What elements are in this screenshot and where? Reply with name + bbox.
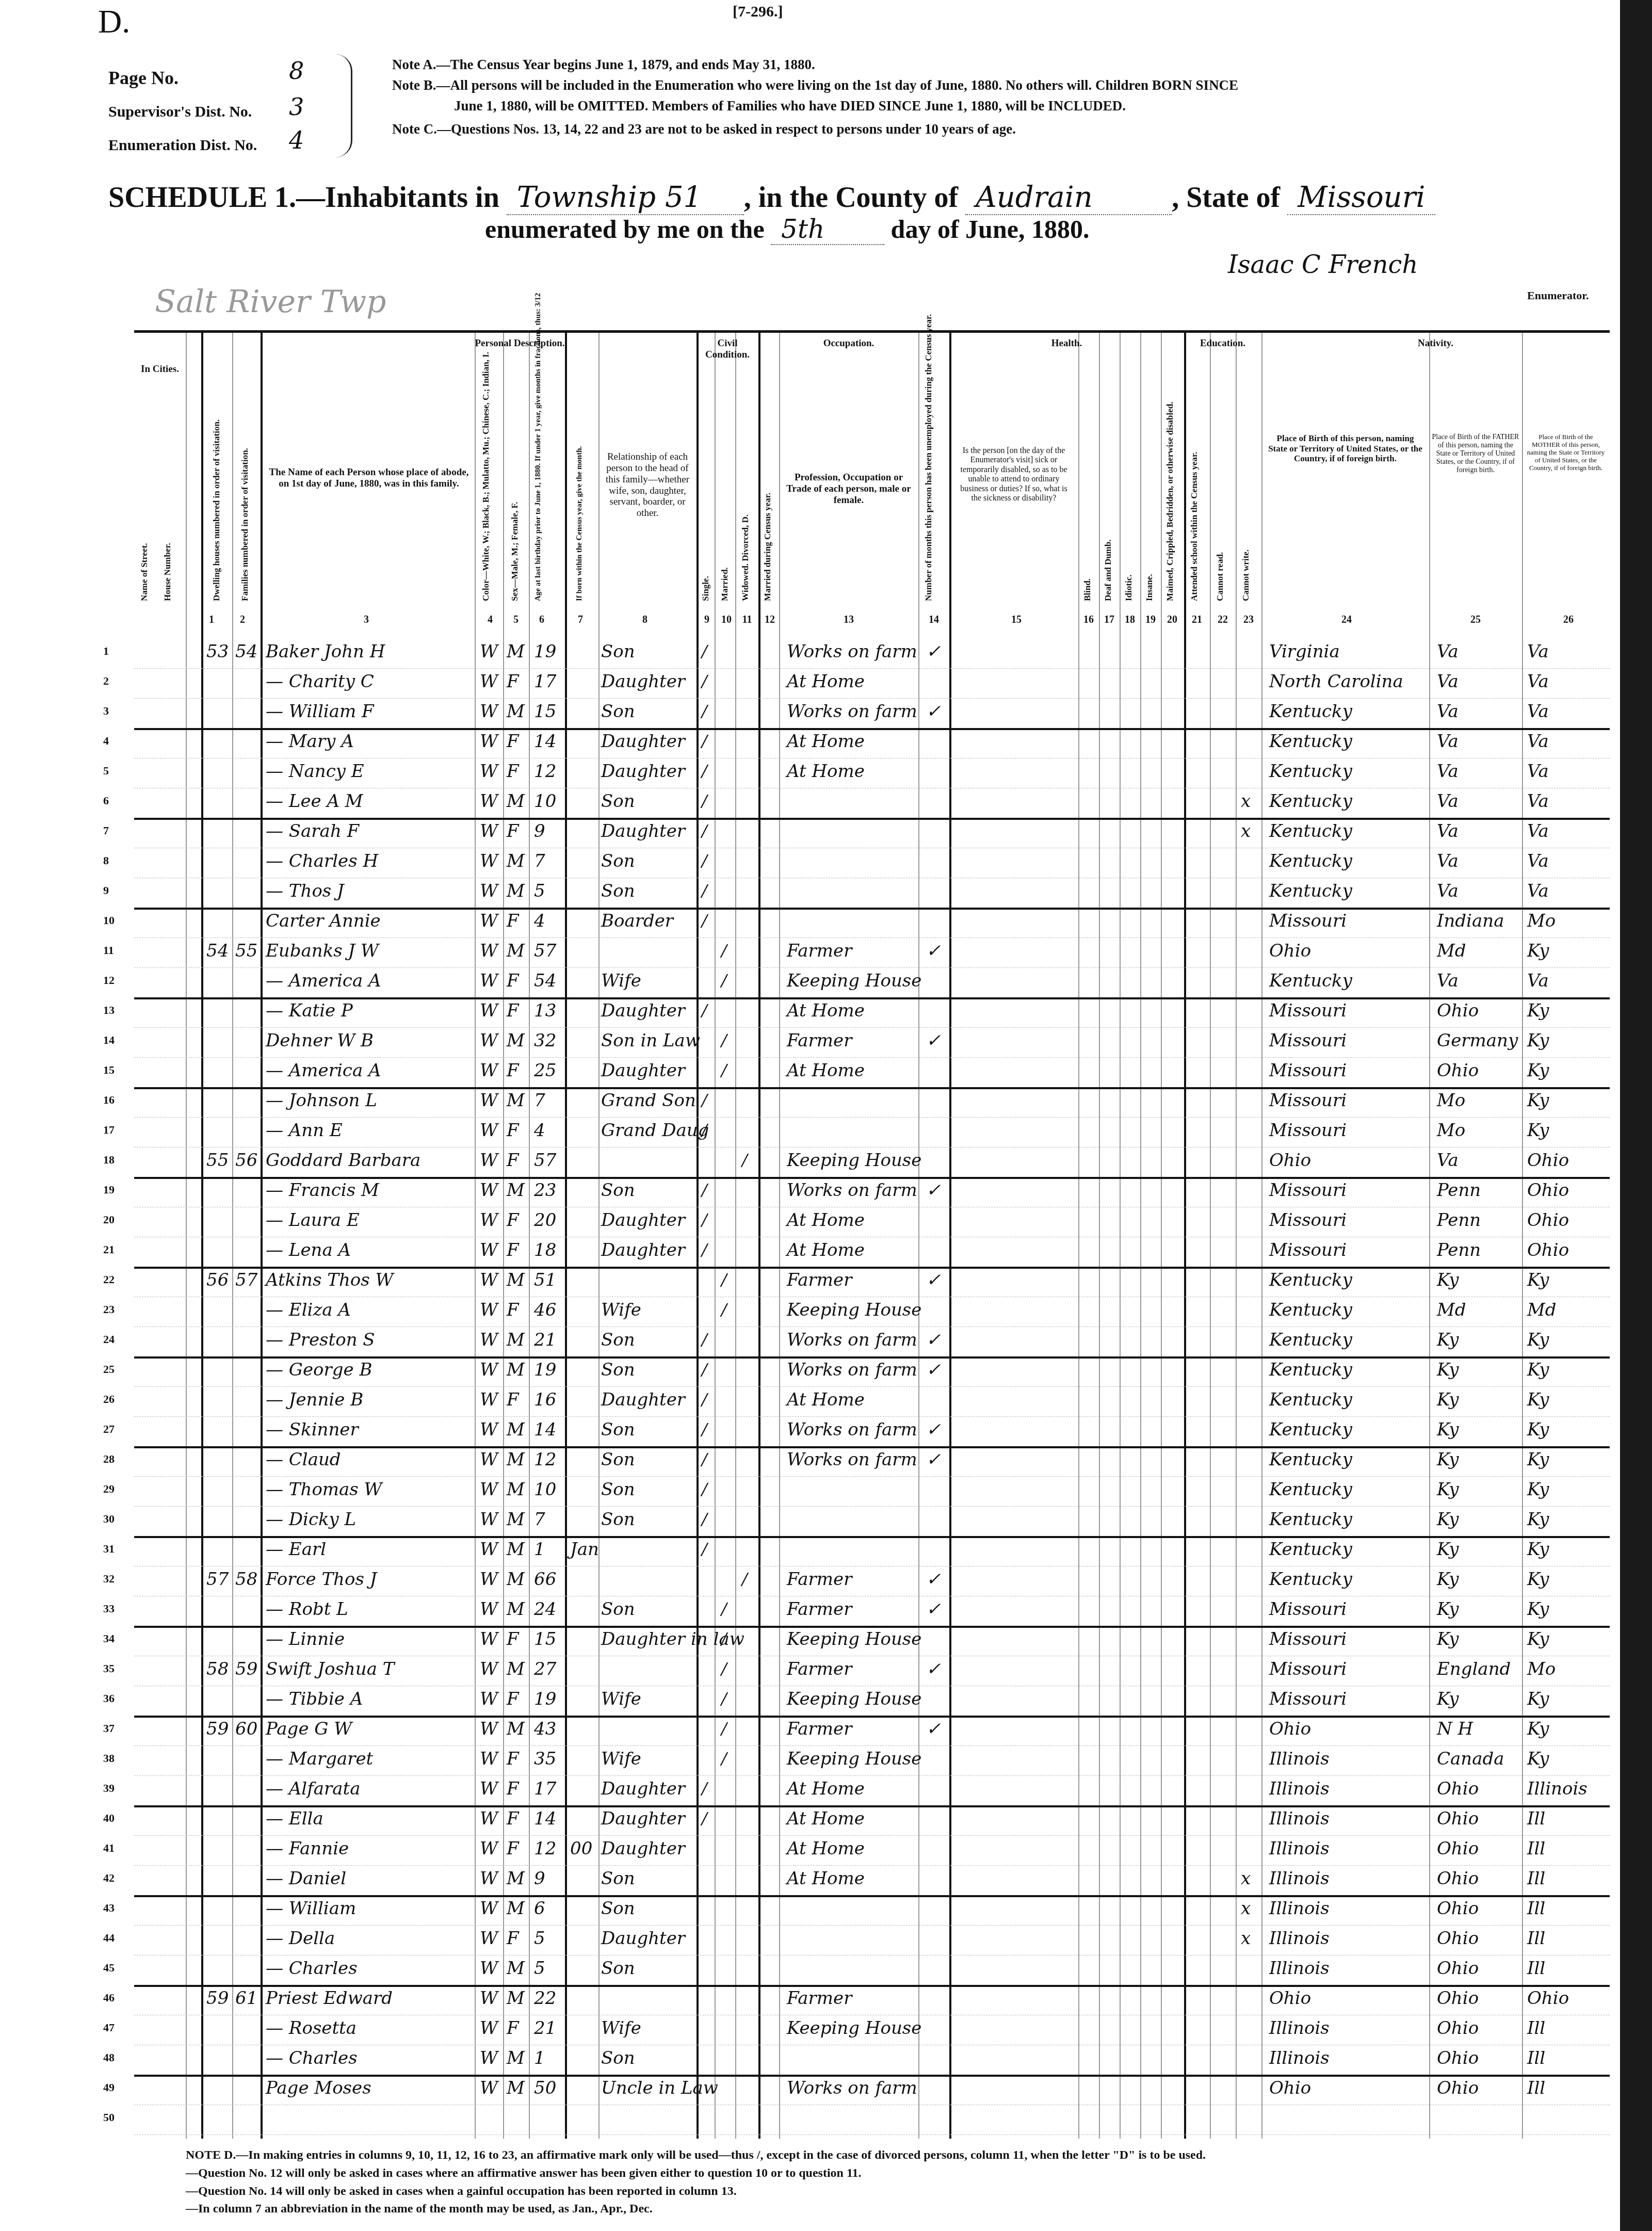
age-value: 50 <box>534 2078 556 2098</box>
birthplace-value: Ohio <box>1269 941 1311 961</box>
age-value: 17 <box>534 671 556 692</box>
sex-value: M <box>507 1599 525 1620</box>
table-row: 13— Katie PWF13DaughterAt HomeMissouriOh… <box>134 996 1610 1028</box>
unemployed-mark: ✓ <box>926 1599 941 1620</box>
mother-birthplace-value: Illinois <box>1527 1779 1588 1799</box>
age-value: 43 <box>534 1719 556 1739</box>
table-row: 3— William FWM15SonWorks on farm✓Kentuck… <box>134 697 1610 730</box>
color-value: W <box>480 1060 498 1081</box>
birthplace-value: North Carolina <box>1269 671 1403 692</box>
color-value: W <box>480 671 498 692</box>
table-row: 17— Ann EWF4Grand DaugMissouriMoKy17/ <box>134 1116 1610 1147</box>
county-label: , in the County of <box>744 182 958 214</box>
table-row: 36— Tibbie AWF19WifeKeeping HouseMissour… <box>134 1685 1610 1718</box>
occupation-value: Works on farm <box>787 2078 917 2098</box>
birthplace-value: Missouri <box>1269 911 1347 931</box>
relationship-value: Daughter <box>601 821 685 842</box>
occupation-value: At Home <box>787 1838 865 1859</box>
birthplace-value: Kentucky <box>1269 881 1352 901</box>
color-value: W <box>480 1389 498 1410</box>
page-number-value: 8 <box>289 57 304 85</box>
sex-value: F <box>507 1749 519 1769</box>
line-number: 20 <box>103 1213 115 1226</box>
age-value: 27 <box>534 1659 556 1679</box>
age-value: 5 <box>534 1928 545 1949</box>
sex-value: M <box>507 1958 525 1979</box>
mother-birthplace-value: Ohio <box>1527 1150 1569 1171</box>
person-name: Goddard Barbara <box>266 1150 420 1171</box>
birthplace-value: Missouri <box>1269 1180 1347 1201</box>
father-birthplace-value: Va <box>1437 701 1459 722</box>
father-birthplace-value: Ohio <box>1437 1000 1479 1021</box>
footnote-col7: —In column 7 an abbreviation in the name… <box>186 2200 1206 2218</box>
column-number: 25 <box>1465 614 1486 626</box>
unemployed-mark: ✓ <box>926 941 941 961</box>
father-birthplace-value: Ky <box>1437 1569 1459 1590</box>
mother-birthplace-value: Ill <box>1527 2078 1545 2098</box>
occupation-value: Works on farm <box>787 1360 917 1380</box>
family-number: 59 <box>235 1659 257 1679</box>
line-number: 3 <box>103 704 109 718</box>
birth-month-header: If born within the Census year, give the… <box>575 379 584 601</box>
relationship-value: Son <box>601 641 635 662</box>
age-value: 21 <box>534 2018 556 2039</box>
civil-condition-mark: / <box>702 851 707 870</box>
civil-condition-mark: / <box>702 881 707 900</box>
mother-birthplace-value: Ill <box>1527 2048 1545 2068</box>
color-value: W <box>480 1120 498 1141</box>
civil-condition-mark: / <box>721 971 727 990</box>
father-birthplace-value: Ohio <box>1437 1898 1479 1919</box>
color-value: W <box>480 1958 498 1979</box>
age-value: 6 <box>534 1898 545 1919</box>
civil-condition-mark: / <box>702 1240 707 1259</box>
sex-value: M <box>507 1449 525 1470</box>
color-value: W <box>480 641 498 662</box>
father-birthplace-value: Ky <box>1437 1689 1459 1709</box>
sickness-header: Is the person [on the day of the Enumera… <box>954 446 1073 503</box>
color-value: W <box>480 971 498 991</box>
line-number: 7 <box>103 824 109 837</box>
father-birthplace-value: Va <box>1437 851 1459 871</box>
age-value: 12 <box>534 761 556 782</box>
father-birthplace-value: Mo <box>1437 1090 1465 1111</box>
dwelling-number: 58 <box>206 1659 229 1679</box>
relationship-value: Son <box>601 881 635 901</box>
father-birthplace-value: Va <box>1437 1150 1459 1171</box>
age-value: 16 <box>534 1389 556 1410</box>
color-value: W <box>480 851 498 871</box>
column-number: 4 <box>480 614 500 626</box>
table-row: 10Carter AnnieWF4BoarderMissouriIndianaM… <box>134 907 1610 938</box>
age-value: 17 <box>534 1779 556 1799</box>
civil-condition-mark: / <box>702 911 707 930</box>
sex-value: M <box>507 1868 525 1889</box>
mother-birthplace-value: Ill <box>1527 1898 1545 1919</box>
mother-birthplace-value: Ky <box>1527 1389 1549 1410</box>
sex-value: M <box>507 701 525 722</box>
birthplace-value: Kentucky <box>1269 1509 1352 1530</box>
dwelling-header: Dwelling houses numbered in order of vis… <box>212 384 222 601</box>
relationship-value: Son in Law <box>601 1030 700 1051</box>
relationship-value: Uncle in Law <box>601 2078 718 2098</box>
line-number: 29 <box>103 1482 115 1496</box>
line-number: 45 <box>103 1961 115 1975</box>
table-row: 41— FannieWF1200DaughterAt HomeIllinoisO… <box>134 1834 1610 1866</box>
birth-month-value: Jan <box>570 1539 599 1560</box>
civil-condition-mark: / <box>702 1449 707 1469</box>
birthplace-value: Missouri <box>1269 1210 1347 1231</box>
father-birthplace-value: Ky <box>1437 1389 1459 1410</box>
occupation-value: At Home <box>787 761 865 782</box>
mother-birthplace-value: Ky <box>1527 1419 1549 1440</box>
widowed-header: Widowed. Divorced, D. <box>740 436 751 601</box>
mother-birthplace-value: Md <box>1527 1300 1557 1320</box>
father-birthplace-value: Ohio <box>1437 2018 1479 2039</box>
unemployed-mark: ✓ <box>926 1360 941 1380</box>
note-b-line2: June 1, 1880, will be OMITTED. Members o… <box>454 98 1126 114</box>
sex-value: M <box>507 851 525 871</box>
relationship-value: Son <box>601 1868 635 1889</box>
column-number: 7 <box>570 614 591 626</box>
line-number: 35 <box>103 1662 115 1675</box>
cannot-write-mark: x <box>1241 1928 1251 1949</box>
civil-condition-mark: / <box>721 1629 727 1648</box>
sex-value: F <box>507 731 519 752</box>
relationship-value: Grand Son <box>601 1090 696 1111</box>
age-header: Age at last birthday prior to June 1, 18… <box>534 379 543 601</box>
age-value: 54 <box>534 971 556 991</box>
line-number: 30 <box>103 1512 115 1526</box>
age-value: 15 <box>534 701 556 722</box>
birthplace-value: Missouri <box>1269 1090 1347 1111</box>
person-name: — Thos J <box>266 881 344 901</box>
enum-day-field: 5th <box>771 214 884 245</box>
sex-value: M <box>507 1569 525 1590</box>
mother-birthplace-value: Ohio <box>1527 1240 1569 1260</box>
age-value: 9 <box>534 1868 545 1889</box>
birthplace-value: Missouri <box>1269 1120 1347 1141</box>
father-birthplace-value: Md <box>1437 941 1466 961</box>
relationship-value: Son <box>601 1449 635 1470</box>
age-value: 4 <box>534 1120 545 1141</box>
color-value: W <box>480 1180 498 1201</box>
line-number: 10 <box>103 914 115 927</box>
father-birthplace-value: Ky <box>1437 1479 1459 1500</box>
deaf-dumb-header: Deaf and Dumb. <box>1103 488 1113 601</box>
line-number: 32 <box>103 1572 115 1586</box>
sex-value: M <box>507 641 525 662</box>
line-number: 41 <box>103 1841 115 1855</box>
person-name: — Tibbie A <box>266 1689 363 1709</box>
age-value: 66 <box>534 1569 556 1590</box>
relationship-value: Daughter <box>601 1838 685 1859</box>
unemployed-mark: ✓ <box>926 1569 941 1590</box>
table-row: 33— Robt LWM24SonFarmer✓MissouriKyKy33/ <box>134 1595 1610 1628</box>
person-name: — America A <box>266 971 381 991</box>
sex-value: F <box>507 2018 519 2039</box>
line-number: 28 <box>103 1452 115 1466</box>
birthplace-value: Kentucky <box>1269 1300 1352 1320</box>
age-value: 19 <box>534 1360 556 1380</box>
occupation-value: At Home <box>787 1868 865 1889</box>
column-number: 23 <box>1238 614 1259 626</box>
birthplace-value: Kentucky <box>1269 1479 1352 1500</box>
occupation-header: Occupation. <box>779 338 918 349</box>
relationship-value: Daughter <box>601 1000 685 1021</box>
attended-school-header: Attended school within the Census year. <box>1189 405 1200 601</box>
age-value: 5 <box>534 1958 545 1979</box>
table-row: 24— Preston SWM21SonWorks on farm✓Kentuc… <box>134 1325 1610 1359</box>
mother-birthplace-value: Va <box>1527 761 1549 782</box>
person-name: — Lena A <box>266 1240 351 1260</box>
enum-suffix: day of June, 1880. <box>891 215 1090 244</box>
person-name: — Sarah F <box>266 821 359 842</box>
mother-birthplace-value: Ky <box>1527 1689 1549 1709</box>
person-name: Page G W <box>266 1719 352 1739</box>
person-name: — Laura E <box>266 1210 360 1231</box>
color-value: W <box>480 1659 498 1679</box>
table-row: 43— WilliamWM6SonxIllinoisOhioIll43 <box>134 1894 1610 1926</box>
relationship-value: Son <box>601 851 635 871</box>
mother-birthplace-value: Ky <box>1527 1509 1549 1530</box>
unemployed-mark: ✓ <box>926 1270 941 1290</box>
person-name: — Lee A M <box>266 791 363 812</box>
line-number: 26 <box>103 1393 115 1406</box>
township-annotation: Salt River Twp <box>155 284 386 320</box>
mother-birthplace-value: Va <box>1527 851 1549 871</box>
relationship-value: Wife <box>601 971 641 991</box>
father-birthplace-value: Ohio <box>1437 2048 1479 2068</box>
table-row: 34— LinnieWF15Daughter in lawKeeping Hou… <box>134 1625 1610 1656</box>
sex-value: M <box>507 1090 525 1111</box>
person-name: — Jennie B <box>266 1389 363 1410</box>
birthplace-value: Kentucky <box>1269 1389 1352 1410</box>
mother-birthplace-value: Va <box>1527 731 1549 752</box>
birthplace-value: Kentucky <box>1269 1539 1352 1560</box>
mother-birthplace-value: Ill <box>1527 1868 1545 1889</box>
father-birthplace-value: Mo <box>1437 1120 1465 1141</box>
mother-birthplace-value: Ky <box>1527 1539 1549 1560</box>
line-number: 39 <box>103 1782 115 1795</box>
mother-birthplace-value: Va <box>1527 671 1549 692</box>
note-a: Note A.—The Census Year begins June 1, 1… <box>392 57 815 73</box>
footnote-q12: —Question No. 12 will only be asked in c… <box>186 2164 1206 2182</box>
line-number: 5 <box>103 764 109 778</box>
color-value: W <box>480 1868 498 1889</box>
dwelling-number: 56 <box>206 1270 229 1290</box>
father-birthplace-value: Va <box>1437 761 1459 782</box>
civil-condition-mark: / <box>702 641 707 661</box>
line-number: 46 <box>103 1991 115 2004</box>
color-value: W <box>480 1210 498 1231</box>
relationship-value: Son <box>601 1360 635 1380</box>
color-value: W <box>480 1988 498 2009</box>
civil-condition-mark: / <box>702 1330 707 1349</box>
line-number: 40 <box>103 1812 115 1825</box>
column-number: 1 <box>201 614 222 626</box>
person-name: Priest Edward <box>266 1988 393 2009</box>
color-value: W <box>480 1330 498 1350</box>
education-header: Education. <box>1184 338 1261 349</box>
table-row: 40— EllaWF14DaughterAt HomeIllinoisOhioI… <box>134 1804 1610 1836</box>
table-row: 465961Priest EdwardWM22FarmerOhioOhioOhi… <box>134 1984 1610 2015</box>
relationship-value: Daughter <box>601 1928 685 1949</box>
occupation-value: Farmer <box>787 1569 852 1590</box>
civil-condition-mark: / <box>702 1509 707 1529</box>
occupation-value: Works on farm <box>787 1449 917 1470</box>
line-number: 4 <box>103 734 109 748</box>
relationship-value: Daughter <box>601 1210 685 1231</box>
table-row: 16— Johnson LWM7Grand SonMissouriMoKy16/ <box>134 1086 1610 1118</box>
relationship-value: Son <box>601 1479 635 1500</box>
father-birthplace-value: Ohio <box>1437 1808 1479 1829</box>
enumerator-signature: Isaac C French <box>1228 250 1418 279</box>
color-value: W <box>480 1779 498 1799</box>
cannot-read-header: Cannot read. <box>1215 503 1225 601</box>
table-row: 5— Nancy EWF12DaughterAt HomeKentuckyVaV… <box>134 757 1610 788</box>
mother-birthplace-value: Va <box>1527 641 1549 662</box>
supervisor-district-value: 3 <box>289 93 304 121</box>
birthplace-value: Kentucky <box>1269 701 1352 722</box>
color-value: W <box>480 1240 498 1260</box>
family-number: 57 <box>235 1270 257 1290</box>
color-value: W <box>480 1090 498 1111</box>
occupation-value: At Home <box>787 1389 865 1410</box>
unemployed-mark: ✓ <box>926 1419 941 1440</box>
civil-condition-mark: / <box>721 941 727 960</box>
unemployed-mark: ✓ <box>926 1719 941 1739</box>
line-number: 11 <box>103 944 114 957</box>
mother-birthplace-value: Va <box>1527 701 1549 722</box>
birthplace-value: Kentucky <box>1269 1419 1352 1440</box>
color-value: W <box>480 1838 498 1859</box>
occupation-value: Farmer <box>787 1988 852 2009</box>
father-birthplace-value: Ohio <box>1437 1958 1479 1979</box>
color-value: W <box>480 761 498 782</box>
table-row: 7— Sarah FWF9DaughterxKentuckyVaVa7/ <box>134 817 1610 848</box>
house-number-header: House Number. <box>163 467 173 601</box>
age-value: 7 <box>534 851 545 871</box>
father-birthplace-value: Ky <box>1437 1629 1459 1650</box>
mother-birthplace-value: Ky <box>1527 1479 1549 1500</box>
age-value: 1 <box>534 1539 545 1560</box>
mother-birthplace-value: Mo <box>1527 1659 1556 1679</box>
mother-birthplace-value: Ky <box>1527 1270 1549 1290</box>
enumeration-date-line: enumerated by me on the 5th day of June,… <box>485 214 1089 245</box>
person-name: — Charity C <box>266 671 374 692</box>
father-birthplace-value: Ky <box>1437 1360 1459 1380</box>
person-name: Carter Annie <box>266 911 381 931</box>
table-row: 185556Goddard BarbaraWF57Keeping HouseOh… <box>134 1146 1610 1179</box>
occupation-value: At Home <box>787 1808 865 1829</box>
person-name: Atkins Thos W <box>266 1270 394 1290</box>
table-row: 45— CharlesWM5SonIllinoisOhioIll45 <box>134 1954 1610 1987</box>
civil-condition-mark: / <box>702 1180 707 1200</box>
color-value: W <box>480 881 498 901</box>
father-birthplace-value: Penn <box>1437 1210 1481 1231</box>
mother-birthplace-value: Ill <box>1527 2018 1545 2039</box>
idiotic-header: Idiotic. <box>1124 529 1134 601</box>
mother-birthplace-value: Ky <box>1527 1599 1549 1620</box>
dwelling-number: 59 <box>206 1988 229 2009</box>
age-value: 10 <box>534 1479 556 1500</box>
father-birthplace-value: Va <box>1437 641 1459 662</box>
column-number: 5 <box>506 614 526 626</box>
cannot-write-mark: x <box>1241 791 1251 812</box>
father-birthplace-value: Ky <box>1437 1449 1459 1470</box>
occupation-value: Works on farm <box>787 1419 917 1440</box>
occupation-value: Keeping House <box>787 1150 921 1171</box>
birthplace-value: Missouri <box>1269 1240 1347 1260</box>
sex-value: M <box>507 791 525 812</box>
person-name: — Rosetta <box>266 2018 357 2039</box>
relationship-value: Daughter <box>601 671 685 692</box>
mother-birthplace-value: Ky <box>1527 1060 1549 1081</box>
color-value: W <box>480 2078 498 2098</box>
table-row: 31— EarlWM1JanKentuckyKyKy31/ <box>134 1535 1610 1566</box>
table-row: 23— Eliza AWF46WifeKeeping HouseKentucky… <box>134 1296 1610 1327</box>
occupation-value: Keeping House <box>787 1629 921 1650</box>
relationship-value: Boarder <box>601 911 673 931</box>
civil-condition-mark: / <box>721 1270 727 1289</box>
occupation-value: Keeping House <box>787 1689 921 1709</box>
table-row: 225657Atkins Thos WWM51Farmer✓KentuckyKy… <box>134 1266 1610 1297</box>
father-birthplace-header: Place of Birth of the FATHER of this per… <box>1432 433 1519 475</box>
line-number: 34 <box>103 1632 115 1645</box>
civil-condition-mark: / <box>742 1569 748 1589</box>
birthplace-value: Illinois <box>1269 1868 1330 1889</box>
table-row: 355859Swift Joshua TWM27Farmer✓MissouriE… <box>134 1655 1610 1686</box>
father-birthplace-value: Ohio <box>1437 1868 1479 1889</box>
age-value: 7 <box>534 1509 545 1530</box>
relationship-value: Son <box>601 1898 635 1919</box>
line-number: 27 <box>103 1422 115 1436</box>
person-name: — America A <box>266 1060 381 1081</box>
relationship-value: Daughter <box>601 1808 685 1829</box>
mother-birthplace-value: Mo <box>1527 911 1556 931</box>
color-value: W <box>480 911 498 931</box>
age-value: 14 <box>534 1419 556 1440</box>
table-row: 325758Force Thos JWM66Farmer✓KentuckyKyK… <box>134 1565 1610 1596</box>
mother-birthplace-value: Ky <box>1527 1569 1549 1590</box>
person-name: — William F <box>266 701 374 722</box>
header-brace <box>335 54 352 157</box>
line-number: 24 <box>103 1333 115 1346</box>
married-header: Married. <box>720 488 730 601</box>
family-number: 56 <box>235 1150 257 1171</box>
birthplace-value: Missouri <box>1269 1599 1347 1620</box>
column-number: 13 <box>838 614 859 626</box>
occupation-value: Works on farm <box>787 641 917 662</box>
birthplace-value: Missouri <box>1269 1000 1347 1021</box>
birthplace-value: Illinois <box>1269 1898 1330 1919</box>
civil-condition-mark: / <box>721 1300 727 1319</box>
father-birthplace-value: Ohio <box>1437 1988 1479 2009</box>
person-name: — Earl <box>266 1539 326 1560</box>
sex-value: M <box>507 2048 525 2068</box>
nativity-header: Nativity. <box>1261 338 1610 349</box>
person-name: — Robt L <box>266 1599 348 1620</box>
person-name: — Linnie <box>266 1629 345 1650</box>
sex-value: F <box>507 1150 519 1171</box>
civil-condition-mark: / <box>721 1030 727 1050</box>
birthplace-value: Ohio <box>1269 1150 1311 1171</box>
line-number: 42 <box>103 1871 115 1885</box>
occupation-value: Works on farm <box>787 701 917 722</box>
person-name: — Margaret <box>266 1749 373 1769</box>
mother-birthplace-value: Ill <box>1527 1838 1545 1859</box>
